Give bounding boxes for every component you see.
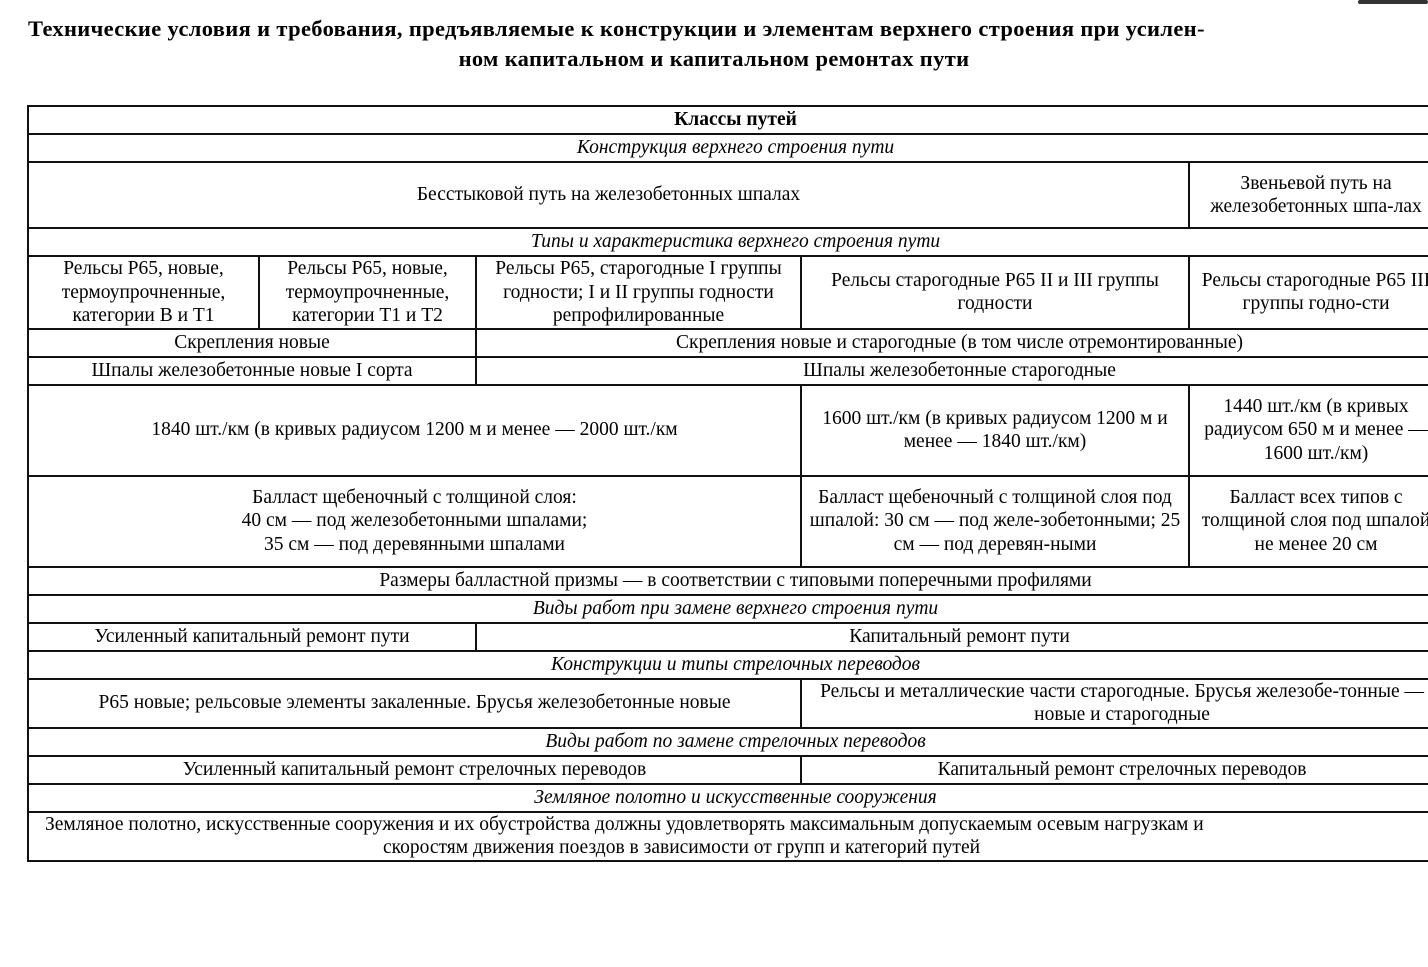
section-types: Типы и характеристика верхнего строения … [28,228,1428,256]
switch-works-capital: Капитальный ремонт стрелочных переводов [801,756,1428,784]
construction-jointed: Звеньевой путь на железобетонных шпа-лах [1189,162,1428,228]
ballast-cell: Балласт щебеночный с толщиной слоя под ш… [801,476,1189,567]
scan-artifact [1358,0,1428,4]
requirements-table: Классы путей Конструкция верхнего строен… [27,105,1428,862]
title-line-2: ном капитальном и капитальном ремонтах п… [0,44,1428,74]
ballast-line: 40 см — под железобетонными шпалами; [33,509,796,533]
title-line-1: Технические условия и требования, предъя… [28,14,1428,44]
earthworks-text: Земляное полотно, искусственные сооружен… [28,812,1428,861]
construction-jointless: Бесстыковой путь на железобетонных шпала… [28,162,1189,228]
section-earthworks: Земляное полотно и искусственные сооруже… [28,784,1428,812]
sleeper-density-cell: 1440 шт./км (в кривых радиусом 650 м и м… [1189,385,1428,476]
fastenings-mixed: Скрепления новые и старогодные (в том чи… [476,329,1428,357]
section-switches: Конструкции и типы стрелочных переводов [28,651,1428,679]
rails-cell: Рельсы старогодные Р65 III группы годно-… [1189,256,1428,329]
fastenings-new: Скрепления новые [28,329,476,357]
earthworks-line: скоростям движения поездов в зависимости… [33,836,1428,860]
works-capital: Капитальный ремонт пути [476,623,1428,651]
ballast-cell: Балласт всех типов с толщиной слоя под ш… [1189,476,1428,567]
table-header-track-classes: Классы путей [28,106,1428,134]
rails-cell: Рельсы Р65, старогодные I группы годност… [476,256,801,329]
ballast-cell: Балласт щебеночный с толщиной слоя: 40 с… [28,476,801,567]
rails-cell: Рельсы старогодные Р65 II и III группы г… [801,256,1189,329]
rails-cell: Рельсы Р65, новые, термоупрочненные, кат… [259,256,476,329]
earthworks-line: Земляное полотно, искусственные сооружен… [33,813,1428,837]
rails-cell: Рельсы Р65, новые, термоупрочненные, кат… [28,256,259,329]
section-works: Виды работ при замене верхнего строения … [28,595,1428,623]
document-title: Технические условия и требования, предъя… [0,14,1428,74]
switches-old: Рельсы и металлические части старогодные… [801,679,1428,728]
sleepers-old: Шпалы железобетонные старогодные [476,357,1428,385]
switches-new: Р65 новые; рельсовые элементы закаленные… [28,679,801,728]
switch-works-reinforced: Усиленный капитальный ремонт стрелочных … [28,756,801,784]
ballast-line: 35 см — под деревянными шпалами [33,533,796,557]
sleeper-density-cell: 1840 шт./км (в кривых радиусом 1200 м и … [28,385,801,476]
ballast-prism: Размеры балластной призмы — в соответств… [28,567,1428,595]
section-construction: Конструкция верхнего строения пути [28,134,1428,162]
sleepers-new: Шпалы железобетонные новые I сорта [28,357,476,385]
section-switch-works: Виды работ по замене стрелочных переводо… [28,728,1428,756]
sleeper-density-cell: 1600 шт./км (в кривых радиусом 1200 м и … [801,385,1189,476]
works-reinforced: Усиленный капитальный ремонт пути [28,623,476,651]
ballast-line: Балласт щебеночный с толщиной слоя: [33,486,796,510]
